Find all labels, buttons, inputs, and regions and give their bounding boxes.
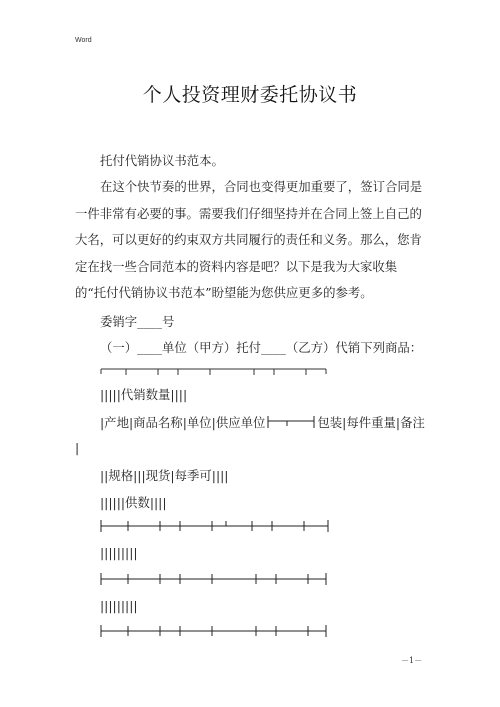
doc-number-line: 委销字____号 bbox=[100, 312, 174, 330]
table-row-blank: ||||||||| bbox=[100, 545, 138, 560]
table-row-columns: |产地|商品名称|单位|供应单位 包装|每件重量|备注 bbox=[100, 413, 425, 431]
intro-line: 托付代销协议书范本。 bbox=[100, 151, 224, 169]
columns-before: |产地|商品名称|单位|供应单位 bbox=[100, 413, 265, 431]
table-rule-mid bbox=[100, 624, 332, 636]
table-rule-mid bbox=[100, 519, 332, 531]
table-row-blank: ||||||||| bbox=[100, 598, 138, 613]
table-row-wrap: | bbox=[75, 440, 79, 455]
table-rule-top bbox=[100, 367, 330, 379]
columns-after: 包装|每件重量|备注 bbox=[317, 413, 424, 431]
app-header-label: Word bbox=[75, 37, 92, 44]
body-paragraph: 在这个快节奏的世界，合同也变得更加重要了，签订合同是一件非常有必要的事。需要我们… bbox=[75, 174, 427, 307]
table-rule-inline bbox=[267, 415, 315, 429]
table-row-spec: ||规格|||现货|每季可|||| bbox=[100, 466, 228, 484]
table-row-sales-qty: |||||代销数量|||| bbox=[100, 385, 187, 403]
page-number: －1－ bbox=[401, 655, 422, 666]
table-row-supply: ||||||供数|||| bbox=[100, 493, 167, 511]
clause-one: （一）____单位（甲方）托付____（乙方）代销下列商品： bbox=[100, 338, 422, 356]
table-rule-mid bbox=[100, 572, 332, 584]
document-title: 个人投资理财委托协议书 bbox=[0, 80, 500, 107]
